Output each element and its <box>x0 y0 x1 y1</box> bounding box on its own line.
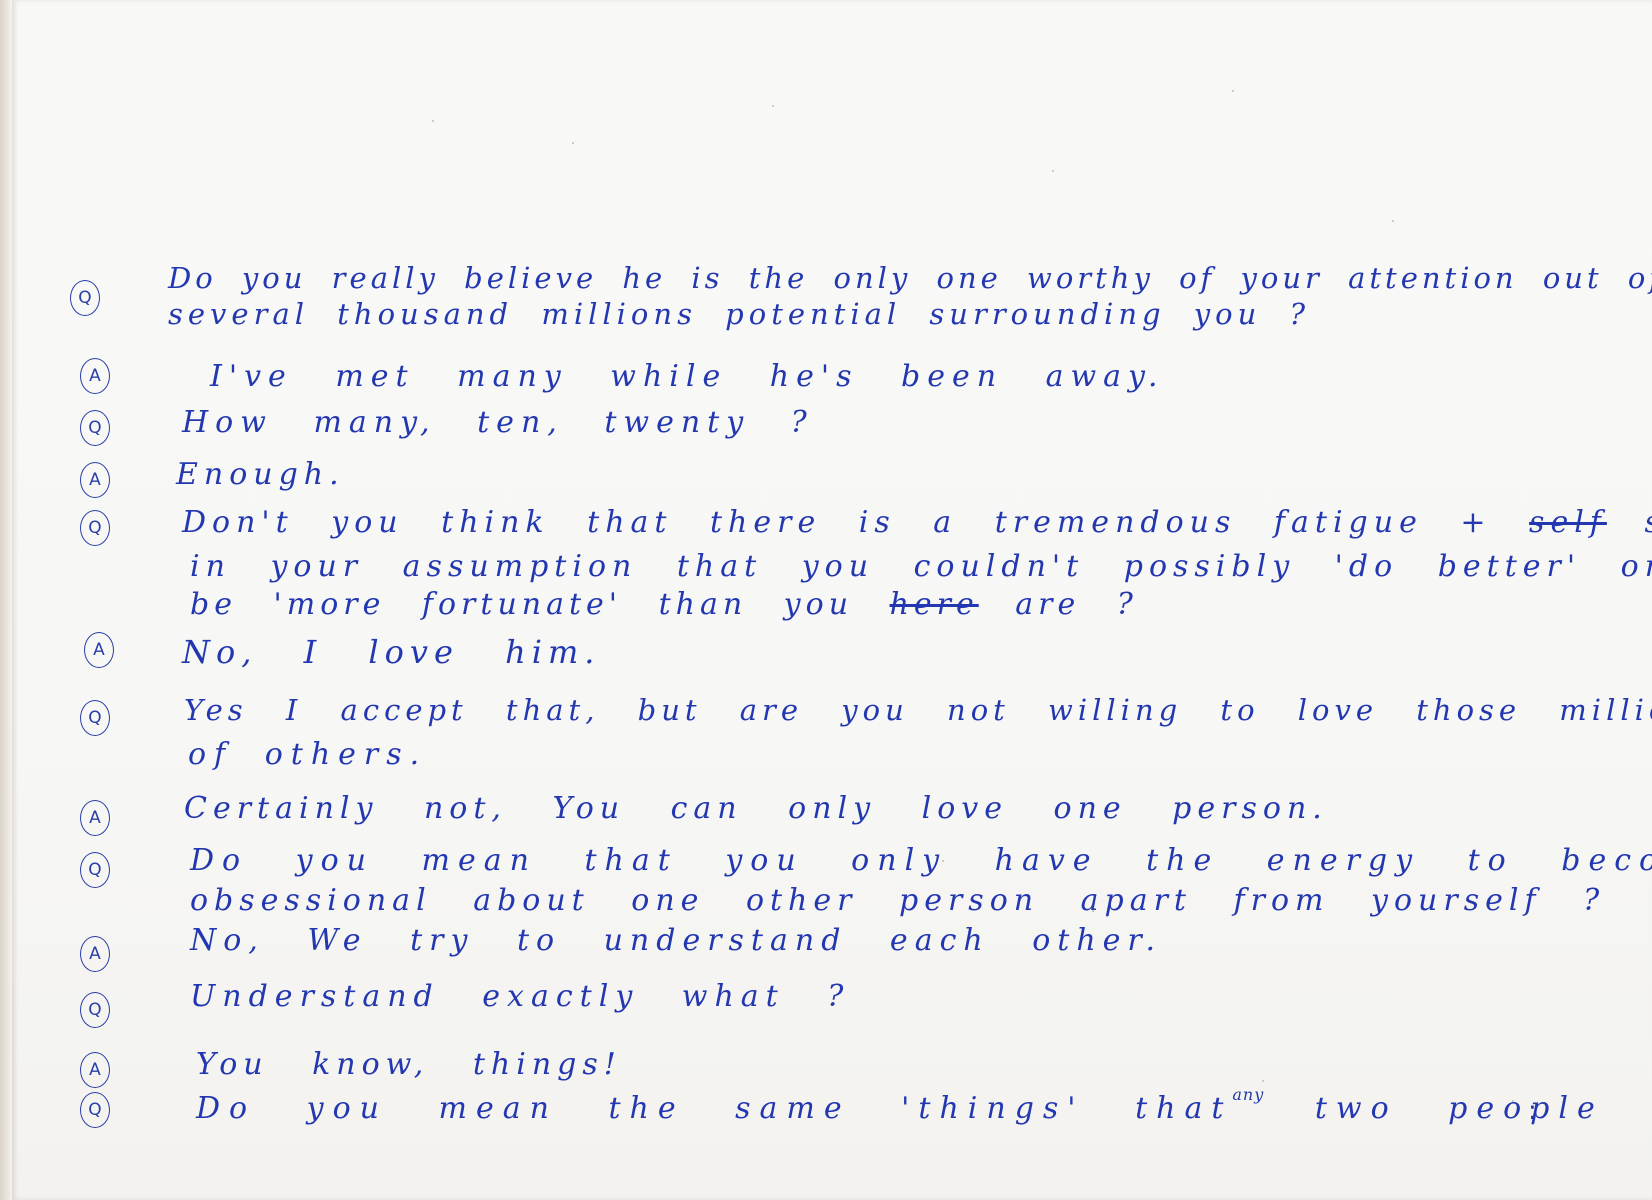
handwritten-line: I've met many while he's been away. <box>210 362 1165 392</box>
handwritten-line: Understand exactly what ? <box>190 982 850 1012</box>
handwritten-line: How many, ten, twenty ? <box>182 408 814 438</box>
question-marker: Q <box>80 700 110 736</box>
transcript: Q Do you really believe he is the only o… <box>0 0 1652 1200</box>
question-marker: Q <box>80 852 110 888</box>
answer-marker: A <box>80 1052 110 1088</box>
answer-marker: A <box>84 632 114 668</box>
answer-marker: A <box>80 358 110 394</box>
handwritten-line: Do you mean that you only have the energ… <box>190 846 1652 876</box>
handwritten-line: Do you really believe he is the only one… <box>168 264 1652 293</box>
line-text: two people <box>1315 1091 1604 1126</box>
line-text: be 'more fortunate' than you <box>190 587 853 622</box>
handwritten-line: Don't you think that there is a tremendo… <box>182 508 1652 538</box>
handwritten-line: be 'more fortunate' than you here are ? <box>190 590 1138 620</box>
handwritten-line: Yes I accept that, but are you not willi… <box>184 696 1652 725</box>
line-text: Don't you think that there is a tremendo… <box>182 505 1492 540</box>
handwritten-line: Do you mean the same 'things' thatany tw… <box>196 1094 1652 1124</box>
question-marker: Q <box>80 410 110 446</box>
inserted-word: any <box>1232 1085 1264 1104</box>
handwritten-line: No, I love him. <box>182 636 600 668</box>
answer-marker: A <box>80 936 110 972</box>
struck-word: here <box>890 587 979 622</box>
handwritten-line: No, We try to understand each other. <box>190 926 1162 956</box>
handwritten-line: of others. <box>188 740 427 770</box>
handwritten-line: Enough. <box>176 460 345 490</box>
answer-marker: A <box>80 800 110 836</box>
question-marker: Q <box>80 992 110 1028</box>
question-marker: Q <box>80 1092 110 1128</box>
handwritten-line: You know, things! <box>196 1050 622 1080</box>
colon-mark: : <box>1528 1096 1537 1126</box>
line-text: smugness <box>1644 505 1652 540</box>
handwritten-line: several thousand millions potential surr… <box>168 300 1310 329</box>
question-marker: Q <box>70 280 100 316</box>
line-text: Do you mean the same 'things' that <box>196 1091 1232 1126</box>
handwritten-line: in your assumption that you couldn't pos… <box>190 552 1652 582</box>
line-text: are ? <box>1015 587 1138 622</box>
question-marker: Q <box>80 510 110 546</box>
answer-marker: A <box>80 462 110 498</box>
handwritten-line: Certainly not, You can only love one per… <box>184 794 1328 824</box>
struck-word: self <box>1529 505 1607 540</box>
handwritten-line: obsessional about one other person apart… <box>190 886 1605 916</box>
